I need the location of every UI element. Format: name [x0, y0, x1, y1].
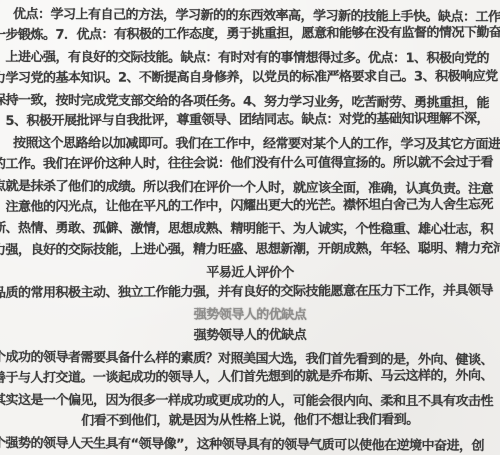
text-line: 们看不到他们，就是因为从性格上说，他们不想让我们看到。 [0, 410, 500, 433]
text-line: 善于与人打交道。一谈起成功的领导人，人们首先想到的就是乔布斯、马云这样的，外向、 [0, 366, 500, 390]
document-page: 优点：学习上有自己的方法，学习新的的东西效率高，学习新的技能上手快。缺点：工作 … [0, 0, 500, 455]
text-line: 品质的常用积极主动、独立工作能力强，并有良好的交际技能愿意在压力下工作，并具领导 [0, 280, 500, 304]
text-line: ，注意他的闪光点，让他在平凡的工作中，闪耀出更大的光芒。襟怀坦白舍己为人舍生忘死 [0, 194, 500, 218]
heading-qiangshi: 强势领导人的优缺点 [0, 324, 500, 347]
text-line: 的工作。我们在评价这种人时，往往会说：他们没有什么可值得宣扬的。所以就不会过于看 [0, 152, 500, 175]
text-line: 力强，良好的交际技能，上进心强，精力旺盛、思想新潮，开朗成熟，年轻、聪明、精力充… [0, 238, 500, 261]
text-line: 力学习党的基本知识。2、不断提高自身修养，以党员的标准严格要求自己。3、积极响应… [0, 67, 500, 90]
text-line: 个强势的领导人天生具有“领导像”，这种领导具有的领导气质可以使他在逆境中奋进，创 [0, 433, 500, 455]
text-line: 一步锻炼。7．优点：有积极的工作态度，勇于挑重担，愿意和能够在没有监督的情况下勤… [0, 23, 500, 47]
text-line: ，5、积极开展批评与自我批评，尊重领导、团结同志。缺点：对党的基础知识理解不深， [0, 109, 500, 133]
heading-qiangshi-faint: 强势领导人的优缺点 [0, 304, 500, 327]
